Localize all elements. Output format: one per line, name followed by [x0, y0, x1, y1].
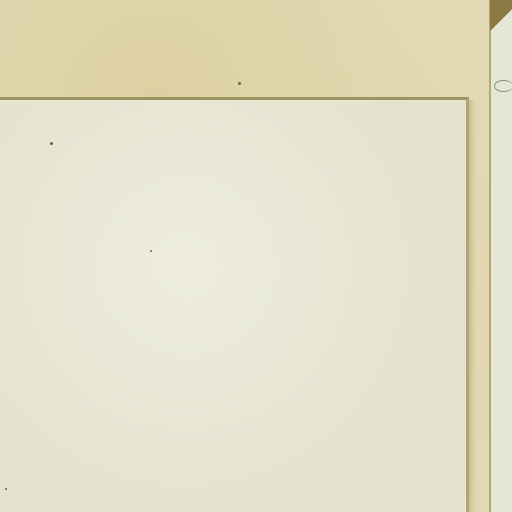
speck — [50, 142, 53, 145]
speck — [150, 250, 152, 252]
dark-corner — [490, 0, 512, 40]
speck — [238, 82, 241, 85]
speck — [5, 488, 7, 490]
paper-sheet — [0, 97, 469, 512]
pencil-mark — [494, 80, 512, 92]
right-paper-edge — [489, 0, 512, 512]
